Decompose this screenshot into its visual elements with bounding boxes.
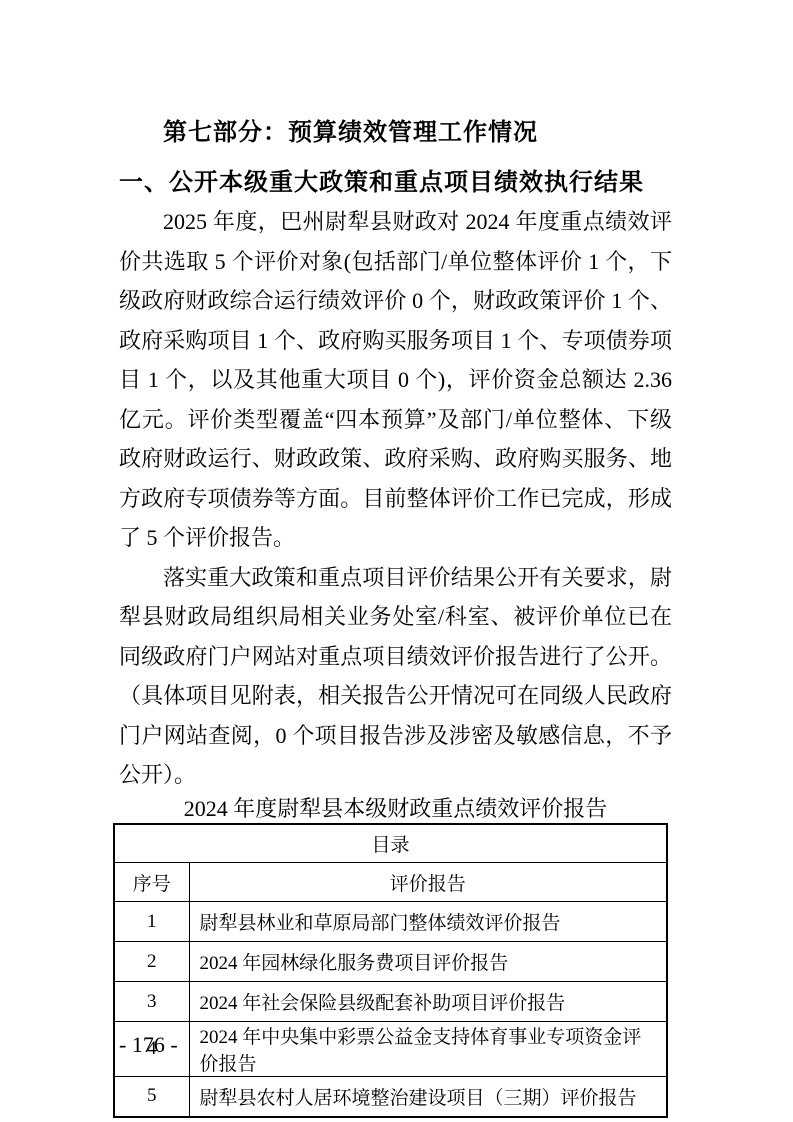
row-index: 2 xyxy=(114,942,189,982)
table-group-header: 目录 xyxy=(114,824,667,863)
row-index: 3 xyxy=(114,982,189,1022)
row-index: 5 xyxy=(114,1077,189,1117)
table-caption: 2024 年度尉犁县本级财政重点绩效评价报告 xyxy=(119,795,672,823)
table-row: 1 尉犁县林业和草原局部门整体绩效评价报告 xyxy=(114,902,667,942)
page-content: 第七部分：预算绩效管理工作情况 一、公开本级重大政策和重点项目绩效执行结果 20… xyxy=(119,118,672,1118)
document-title: 第七部分：预算绩效管理工作情况 xyxy=(119,118,672,148)
page-number: - 176 - xyxy=(119,1032,178,1058)
row-index: 1 xyxy=(114,902,189,942)
table-column-header-row: 序号 评价报告 xyxy=(114,863,667,902)
row-report-title: 尉犁县农村人居环境整治建设项目（三期）评价报告 xyxy=(189,1077,667,1117)
table-group-header-row: 目录 xyxy=(114,824,667,863)
section-heading: 一、公开本级重大政策和重点项目绩效执行结果 xyxy=(119,168,672,198)
column-header-report: 评价报告 xyxy=(189,863,667,902)
table-row: 4 2024 年中央集中彩票公益金支持体育事业专项资金评价报告 xyxy=(114,1022,667,1077)
paragraph-evaluation-summary: 2025 年度，巴州尉犁县财政对 2024 年度重点绩效评价共选取 5 个评价对… xyxy=(119,202,672,558)
table-row: 5 尉犁县农村人居环境整治建设项目（三期）评价报告 xyxy=(114,1077,667,1117)
table-row: 3 2024 年社会保险县级配套补助项目评价报告 xyxy=(114,982,667,1022)
document-page: 第七部分：预算绩效管理工作情况 一、公开本级重大政策和重点项目绩效执行结果 20… xyxy=(0,0,793,1122)
table-row: 2 2024 年园林绿化服务费项目评价报告 xyxy=(114,942,667,982)
column-header-index: 序号 xyxy=(114,863,189,902)
row-report-title: 2024 年社会保险县级配套补助项目评价报告 xyxy=(189,982,667,1022)
paragraph-disclosure-info: 落实重大政策和重点项目评价结果公开有关要求，尉犁县财政局组织局相关业务处室/科室… xyxy=(119,558,672,795)
row-report-title: 2024 年园林绿化服务费项目评价报告 xyxy=(189,942,667,982)
report-table: 目录 序号 评价报告 1 尉犁县林业和草原局部门整体绩效评价报告 2 2024 … xyxy=(113,823,668,1118)
row-report-title: 尉犁县林业和草原局部门整体绩效评价报告 xyxy=(189,902,667,942)
row-report-title: 2024 年中央集中彩票公益金支持体育事业专项资金评价报告 xyxy=(189,1022,667,1077)
